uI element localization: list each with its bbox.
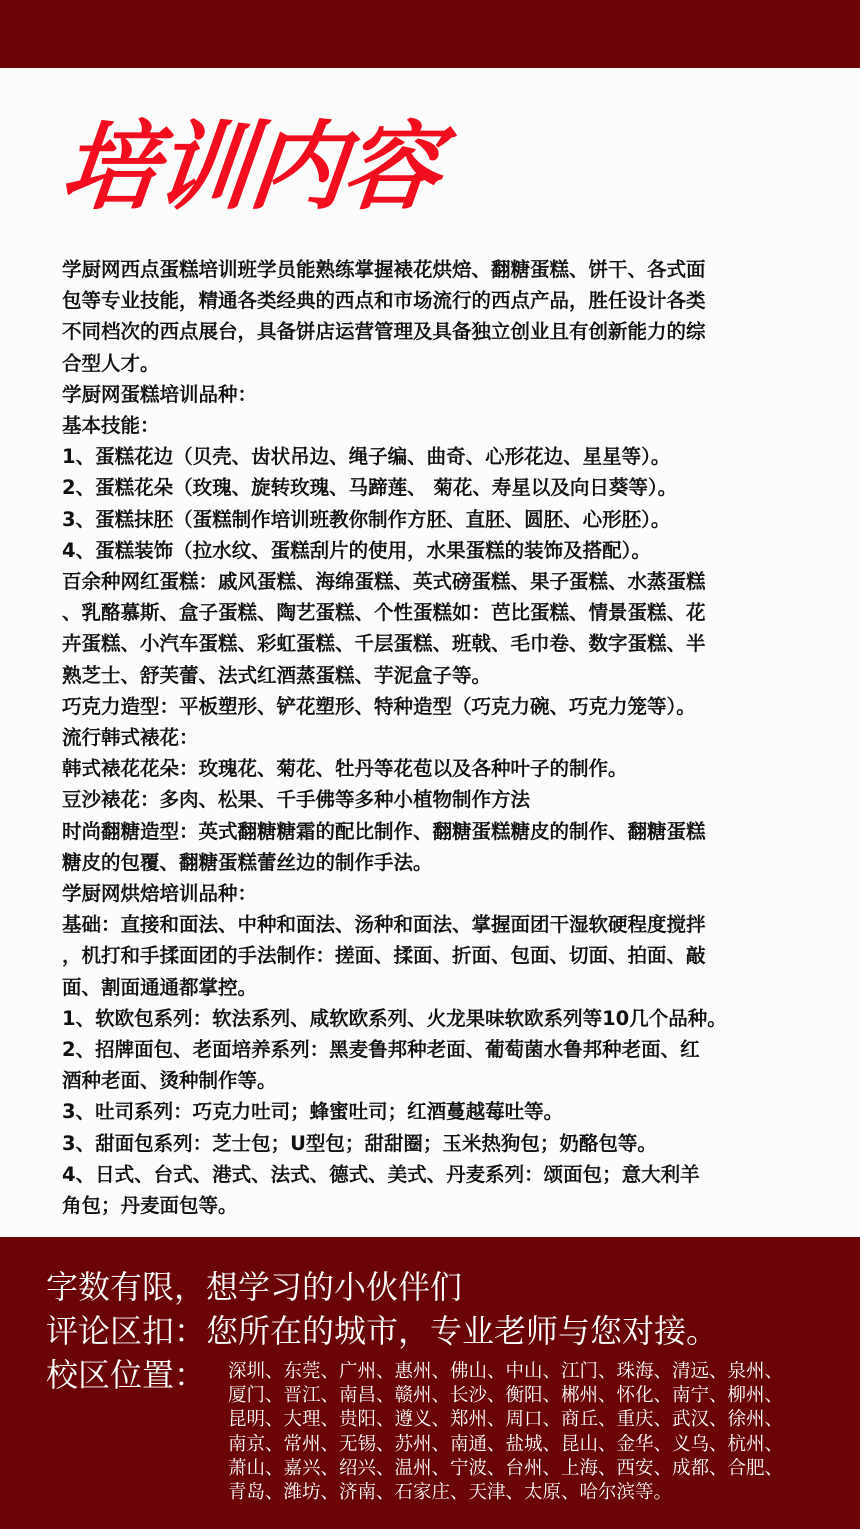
body-line: 韩式裱花花朵：玫瑰花、菊花、牡丹等花苞以及各种叶子的制作。 xyxy=(62,753,792,784)
footer-panel: 字数有限，想学习的小伙伴们 评论区扣：您所在的城市，专业老师与您对接。 校区位置… xyxy=(0,1237,860,1529)
top-banner-bar xyxy=(0,0,860,68)
page-title: 培训内容 xyxy=(56,112,444,222)
body-line: 基础：直接和面法、中种和面法、汤种和面法、掌握面团干湿软硬程度搅拌 xyxy=(62,909,792,940)
section-heading-baking: 学厨网烘焙培训品种： xyxy=(62,878,792,909)
list-item: 4、日式、台式、港式、法式、德式、美式、丹麦系列：颂面包；意大利羊 xyxy=(62,1159,792,1190)
list-item: 3、吐司系列：巧克力吐司；蜂蜜吐司；红酒蔓越莓吐等。 xyxy=(62,1096,792,1127)
body-line: 、乳酪慕斯、盒子蛋糕、陶艺蛋糕、个性蛋糕如：芭比蛋糕、情景蛋糕、花 xyxy=(62,597,792,628)
body-line: ，机打和手揉面团的手法制作：搓面、揉面、折面、包面、切面、拍面、敲 xyxy=(62,940,792,971)
list-item: 2、蛋糕花朵（玫瑰、旋转玫瑰、马蹄莲、 菊花、寿星以及向日葵等）。 xyxy=(62,472,792,503)
body-line: 面、割面通通都掌控。 xyxy=(62,972,792,1003)
campus-row: 厦门、晋江、南昌、赣州、长沙、衡阳、郴州、怀化、南宁、柳州、 xyxy=(228,1384,828,1408)
body-line: 卉蛋糕、小汽车蛋糕、彩虹蛋糕、千层蛋糕、班戟、毛巾卷、数字蛋糕、半 xyxy=(62,628,792,659)
body-line: 巧克力造型：平板塑形、铲花塑形、特种造型（巧克力碗、巧克力笼等）。 xyxy=(62,691,792,722)
campus-label: 校区位置： xyxy=(46,1355,206,1395)
list-item: 1、蛋糕花边（贝壳、齿状吊边、绳子编、曲奇、心形花边、星星等）。 xyxy=(62,441,792,472)
list-item: 3、甜面包系列：芝士包；U型包；甜甜圈；玉米热狗包；奶酪包等。 xyxy=(62,1128,792,1159)
cta-line-2: 评论区扣：您所在的城市，专业老师与您对接。 xyxy=(46,1311,718,1351)
subheading-korean-piping: 流行韩式裱花： xyxy=(62,722,792,753)
section-heading-cake: 学厨网蛋糕培训品种： xyxy=(62,379,792,410)
campus-city-list: 深圳、东莞、广州、惠州、佛山、中山、江门、珠海、清远、泉州、 厦门、晋江、南昌、… xyxy=(228,1360,828,1505)
training-content-body: 学厨网西点蛋糕培训班学员能熟练掌握裱花烘焙、翻糖蛋糕、饼干、各式面 包等专业技能… xyxy=(62,254,792,1221)
body-line: 糖皮的包覆、翻糖蛋糕蕾丝边的制作手法。 xyxy=(62,847,792,878)
body-line: 百余种网红蛋糕：戚风蛋糕、海绵蛋糕、英式磅蛋糕、果子蛋糕、水蒸蛋糕 xyxy=(62,566,792,597)
body-line: 熟芝士、舒芙蕾、法式红酒蒸蛋糕、芋泥盒子等。 xyxy=(62,660,792,691)
subheading-basic-skills: 基本技能： xyxy=(62,410,792,441)
campus-row: 萧山、嘉兴、绍兴、温州、宁波、台州、上海、西安、成都、合肥、 xyxy=(228,1457,828,1481)
body-line: 学厨网西点蛋糕培训班学员能熟练掌握裱花烘焙、翻糖蛋糕、饼干、各式面 xyxy=(62,254,792,285)
cta-line-1: 字数有限，想学习的小伙伴们 xyxy=(46,1267,462,1307)
campus-row: 南京、常州、无锡、苏州、南通、盐城、昆山、金华、义乌、杭州、 xyxy=(228,1433,828,1457)
list-item: 4、蛋糕装饰（拉水纹、蛋糕刮片的使用，水果蛋糕的装饰及搭配）。 xyxy=(62,535,792,566)
list-item: 2、招牌面包、老面培养系列：黑麦鲁邦种老面、葡萄菌水鲁邦种老面、红 xyxy=(62,1034,792,1065)
body-line: 时尚翻糖造型：英式翻糖糖霜的配比制作、翻糖蛋糕糖皮的制作、翻糖蛋糕 xyxy=(62,816,792,847)
campus-row: 昆明、大理、贵阳、遵义、郑州、周口、商丘、重庆、武汉、徐州、 xyxy=(228,1408,828,1432)
list-item: 3、蛋糕抹胚（蛋糕制作培训班教你制作方胚、直胚、圆胚、心形胚）。 xyxy=(62,504,792,535)
campus-row: 青岛、潍坊、济南、石家庄、天津、太原、哈尔滨等。 xyxy=(228,1481,828,1505)
body-line: 豆沙裱花：多肉、松果、千手佛等多种小植物制作方法 xyxy=(62,784,792,815)
campus-row: 深圳、东莞、广州、惠州、佛山、中山、江门、珠海、清远、泉州、 xyxy=(228,1360,828,1384)
list-item: 1、软欧包系列：软法系列、咸软欧系列、火龙果味软欧系列等10几个品种。 xyxy=(62,1003,792,1034)
body-line: 不同档次的西点展台，具备饼店运营管理及具备独立创业且有创新能力的综 xyxy=(62,316,792,347)
body-line: 包等专业技能，精通各类经典的西点和市场流行的西点产品，胜任设计各类 xyxy=(62,285,792,316)
body-line: 合型人才。 xyxy=(62,348,792,379)
list-item: 酒种老面、烫种制作等。 xyxy=(62,1065,792,1096)
list-item: 角包；丹麦面包等。 xyxy=(62,1190,792,1221)
